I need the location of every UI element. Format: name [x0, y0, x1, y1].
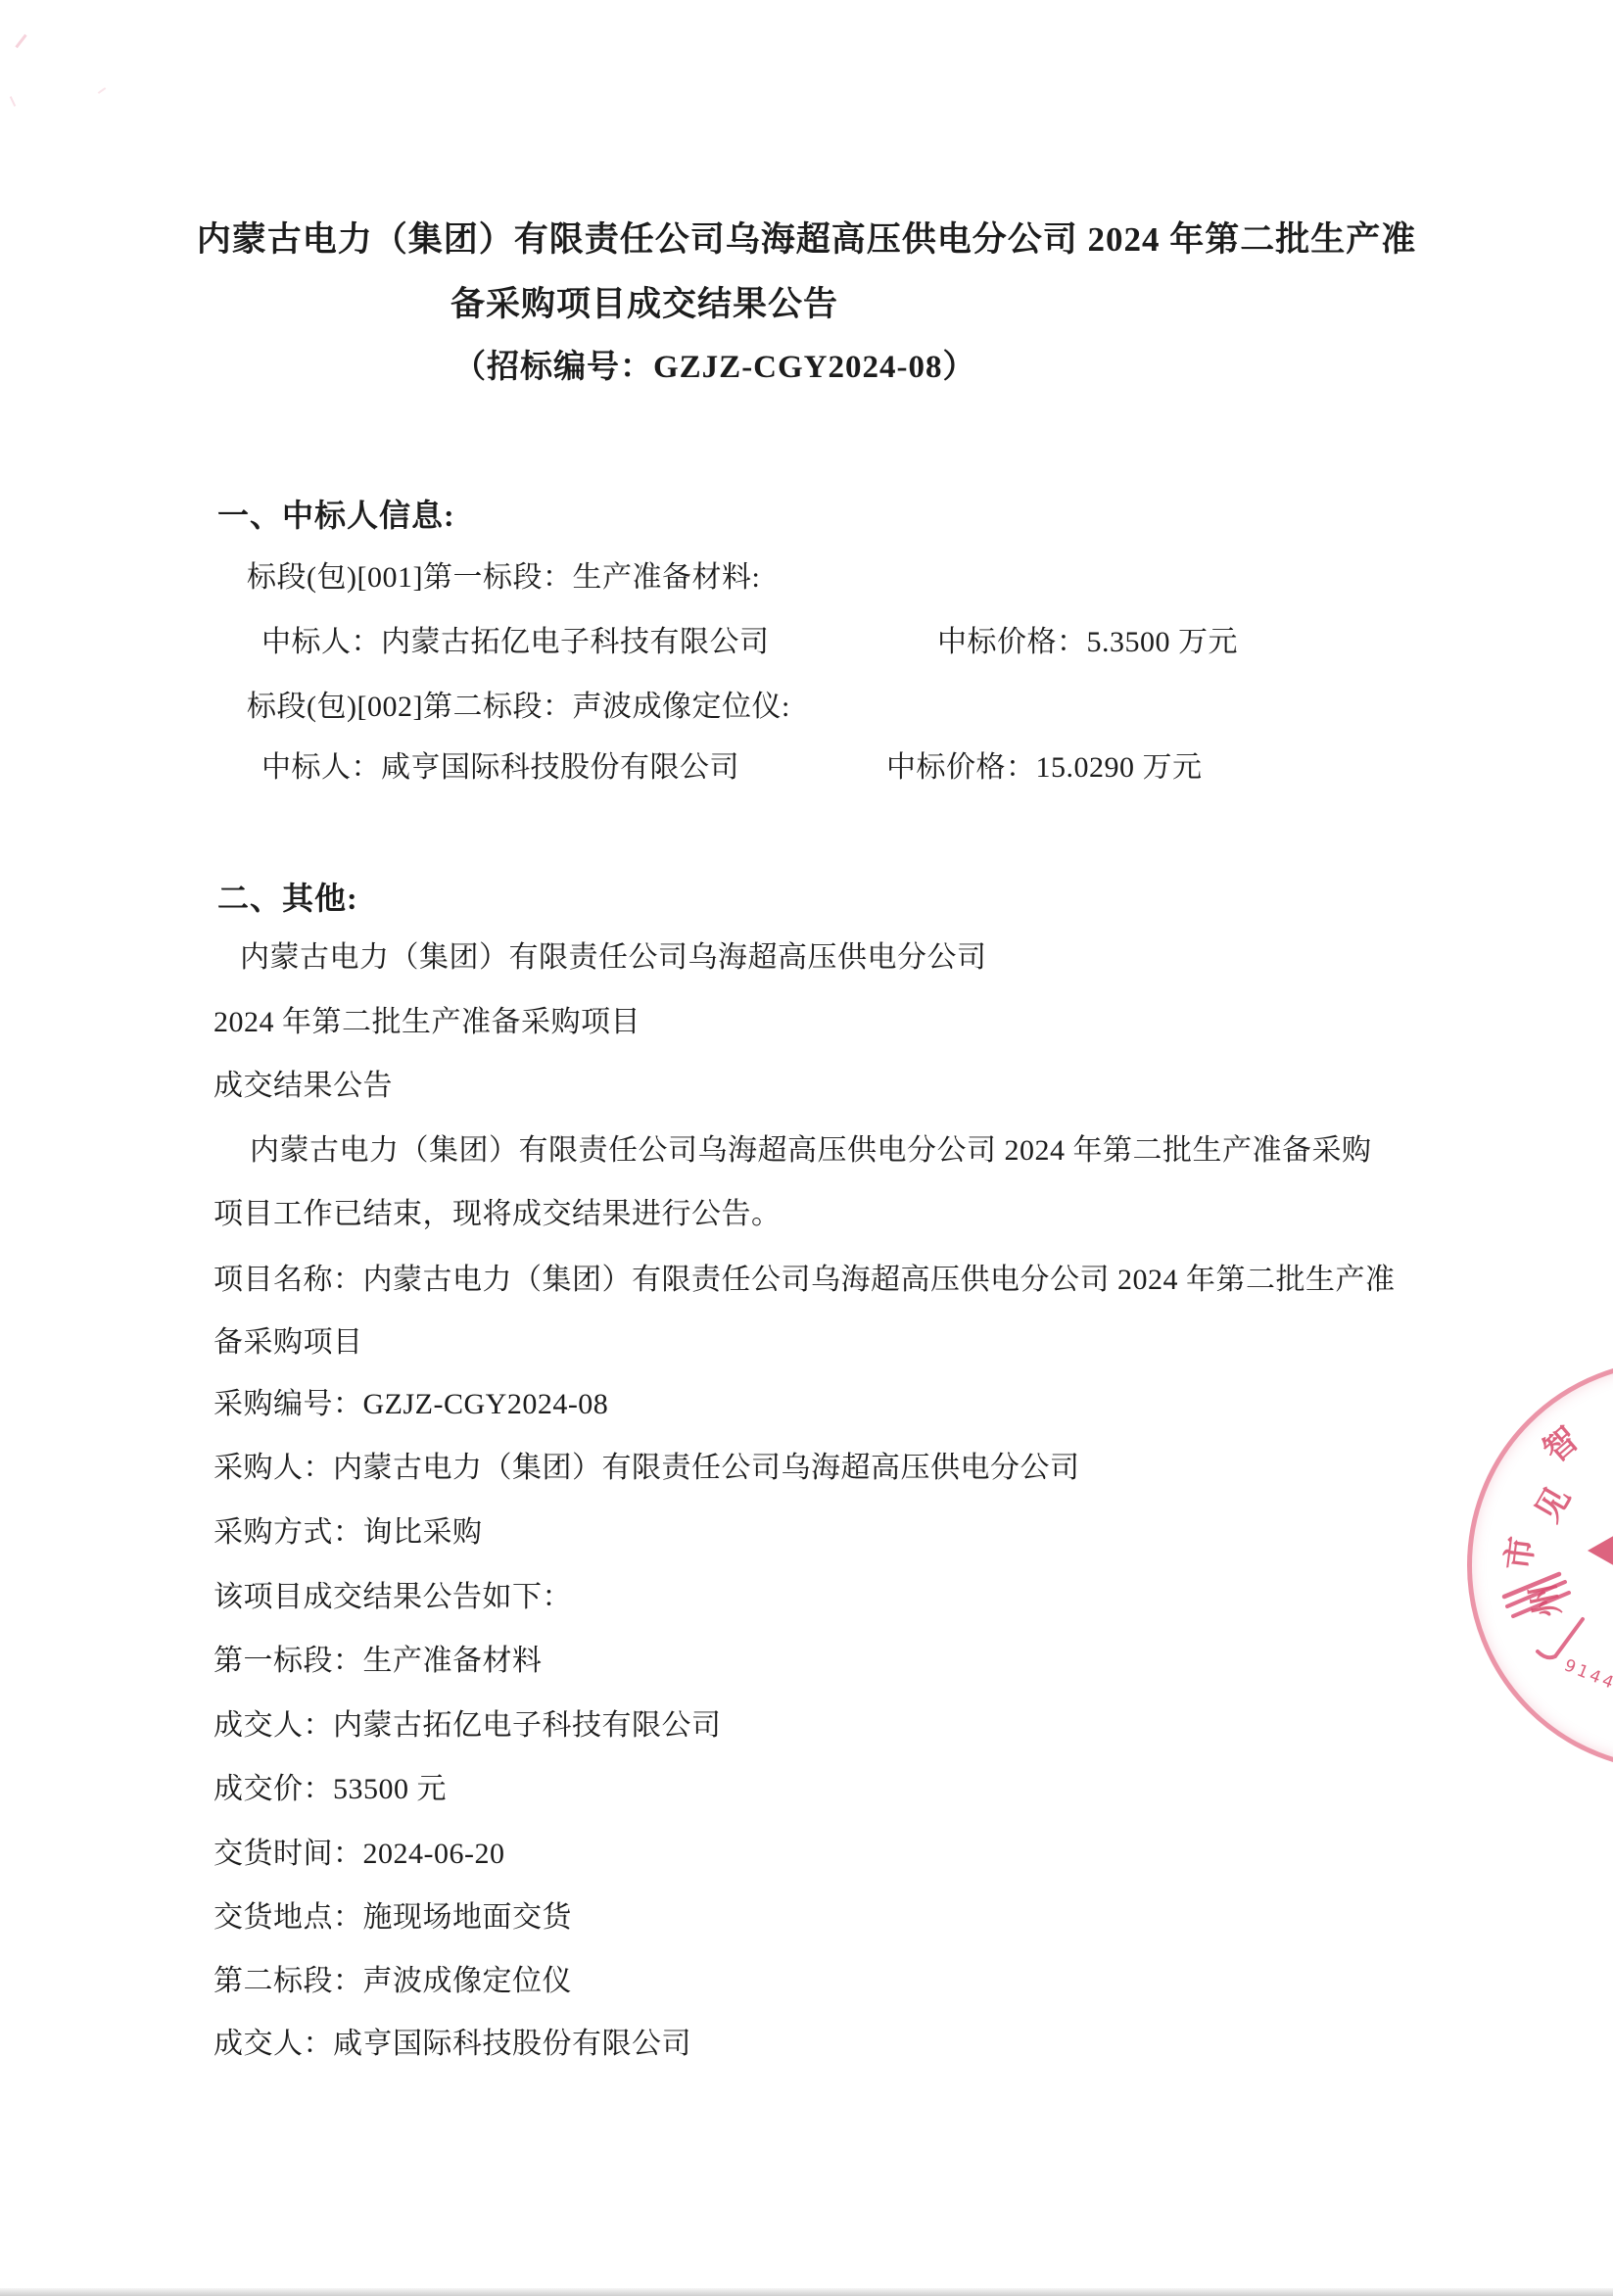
body-paragraph-line-1: 内蒙古电力（集团）有限责任公司乌海超高压供电分公司 2024 年第二批生产准备采…	[250, 1131, 1372, 1171]
procurement-number: 采购编号：GZJZ-CGY2024-08	[213, 1385, 608, 1424]
scan-artifact	[15, 34, 26, 48]
seal-arc-character: 市	[1492, 1534, 1543, 1573]
document-title-line-1: 内蒙古电力（集团）有限责任公司乌海超高压供电分公司 2024 年第二批生产准	[0, 217, 1613, 263]
seal-arc-character: 州	[1516, 1580, 1570, 1622]
lot-1-delivery-place: 交货地点：施现场地面交货	[213, 1898, 572, 1937]
tender-number: （招标编号：GZJZ-CGY2024-08）	[453, 345, 976, 390]
seal-serial-number: 9144	[1561, 1655, 1613, 1694]
other-line-result-title: 成交结果公告	[213, 1067, 393, 1106]
lot-1-winner-row: 中标人：内蒙古拓亿电子科技有限公司 中标价格：5.3500 万元	[0, 623, 1613, 662]
other-line-project: 2024 年第二批生产准备采购项目	[213, 1003, 640, 1042]
page-bottom-edge	[0, 2288, 1613, 2296]
lot-1-delivery-time: 交货时间：2024-06-20	[213, 1835, 504, 1874]
other-line-company: 内蒙古电力（集团）有限责任公司乌海超高压供电分公司	[240, 938, 987, 978]
section-heading-winner-info: 一、中标人信息:	[217, 495, 455, 536]
handwritten-mark-icon	[1496, 1565, 1613, 1678]
project-name-line-2: 备采购项目	[213, 1323, 363, 1363]
procurement-method: 采购方式：询比采购	[213, 1513, 483, 1553]
lot-1-award-price: 成交价：53500 元	[213, 1770, 447, 1809]
lot-2-awardee: 成交人：咸亨国际科技股份有限公司	[213, 2025, 691, 2064]
project-name-line-1: 项目名称：内蒙古电力（集团）有限责任公司乌海超高压供电分公司 2024 年第二批…	[213, 1261, 1396, 1300]
body-paragraph-line-2: 项目工作已结束，现将成交结果进行公告。	[213, 1195, 782, 1234]
lot-1-section-label: 第一标段：生产准备材料	[213, 1642, 543, 1681]
document-title-line-2: 备采购项目成交结果公告	[451, 282, 838, 327]
seal-ring	[1467, 1360, 1613, 1771]
scan-artifact	[98, 87, 107, 94]
purchaser: 采购人：内蒙古电力（集团）有限责任公司乌海超高压供电分公司	[213, 1449, 1080, 1488]
lot-2-winner-row: 中标人：咸亨国际科技股份有限公司 中标价格：15.0290 万元	[0, 748, 1613, 788]
section-heading-other: 二、其他:	[217, 878, 358, 919]
lot-2-section-label: 第二标段：声波成像定位仪	[213, 1962, 572, 2001]
document-page: 内蒙古电力（集团）有限责任公司乌海超高压供电分公司 2024 年第二批生产准 备…	[0, 0, 1613, 2296]
lot-1-price: 中标价格：5.3500 万元	[937, 623, 1238, 662]
scan-artifact	[10, 96, 16, 107]
result-announce-intro: 该项目成交结果公告如下：	[213, 1578, 572, 1617]
seal-arc-character: 见	[1521, 1477, 1579, 1530]
lot-2-winner: 中标人：咸亨国际科技股份有限公司	[261, 748, 739, 788]
lot-2-label: 标段(包)[002]第二标段：声波成像定位仪:	[247, 688, 790, 727]
lot-1-winner: 中标人：内蒙古拓亿电子科技有限公司	[261, 623, 770, 662]
seal-star-icon	[1588, 1534, 1613, 1567]
lot-1-awardee: 成交人：内蒙古拓亿电子科技有限公司	[213, 1706, 722, 1746]
lot-1-label: 标段(包)[001]第一标段：生产准备材料:	[247, 558, 760, 598]
seal-arc-character: 智	[1531, 1413, 1588, 1471]
lot-2-price: 中标价格：15.0290 万元	[886, 748, 1203, 788]
